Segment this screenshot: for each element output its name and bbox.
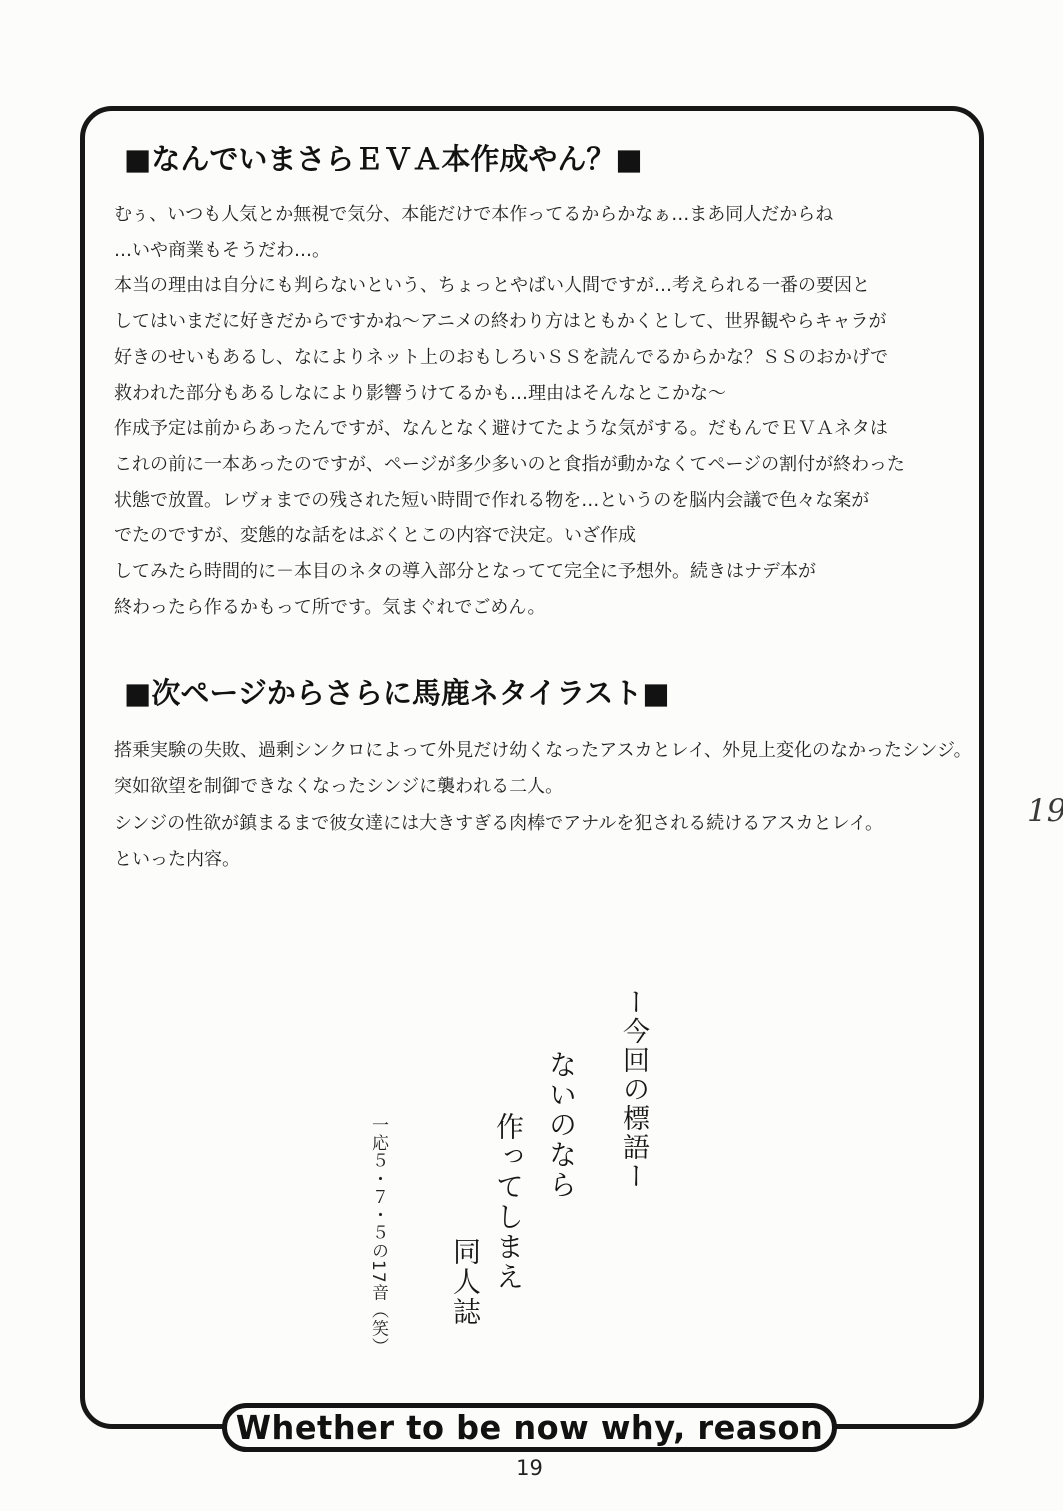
- text-line: 好きのせいもあるし、なによりネット上のおもしろいＳＳを読んでるからかな？ＳＳのお…: [114, 340, 1014, 376]
- text-line: 救われた部分もあるしなにより影響うけてるかも…理由はそんなとこかな～: [114, 376, 1014, 412]
- text-line: でたのですが、変態的な話をはぶくとこの内容で決定。いざ作成: [114, 518, 1014, 554]
- section1-heading: ■なんでいまさらＥＶＡ本作成やん？■: [124, 137, 643, 178]
- slogan-line3-column: 同人誌: [445, 1237, 485, 1327]
- text-line: してみたら時間的に－本目のネタの導入部分となってて完全に予想外。続きはナデ本が: [114, 554, 1014, 590]
- slogan-line1-column: ないのなら: [541, 1050, 581, 1200]
- section1-paragraph: むぅ、いつも人気とか無視で気分、本能だけで本作ってるからかなぁ…まあ同人だからね…: [114, 197, 1014, 625]
- text-line: 搭乗実験の失敗、過剰シンクロによって外見だけ幼くなったアスカとレイ、外見上変化の…: [114, 733, 1014, 769]
- footer-title-banner: Whether to be now why, reason: [222, 1403, 837, 1452]
- footer-banner-label: Whether to be now why, reason: [236, 1408, 824, 1447]
- slogan-line2-column: 作ってしまえ: [488, 1112, 528, 1292]
- scanned-doujin-page: ■なんでいまさらＥＶＡ本作成やん？■ むぅ、いつも人気とか無視で気分、本能だけで…: [0, 0, 1063, 1511]
- text-line: むぅ、いつも人気とか無視で気分、本能だけで本作ってるからかなぁ…まあ同人だからね: [114, 197, 1014, 233]
- text-line: してはいまだに好きだからですかね～アニメの終わり方はともかくとして、世界観やらキ…: [114, 304, 1014, 340]
- page-number: 19: [222, 1456, 837, 1480]
- text-line: シンジの性欲が鎮まるまで彼女達には大きすぎる肉棒でアナルを犯される続けるアスカと…: [114, 806, 1014, 842]
- text-line: 終わったら作るかもって所です。気まぐれでごめん。: [114, 590, 1014, 626]
- text-line: 突如欲望を制御できなくなったシンジに襲われる二人。: [114, 769, 1014, 805]
- text-line: 本当の理由は自分にも判らないという、ちょっとやばい人間ですが…考えられる一番の要…: [114, 268, 1014, 304]
- section2-heading: ■次ページからさらに馬鹿ネタイラスト■: [124, 671, 670, 712]
- slogan-syllable-note-column: 一応５・７・５の17音（笑）: [366, 1116, 391, 1356]
- text-line: …いや商業もそうだわ…。: [114, 233, 1014, 269]
- text-line: これの前に一本あったのですが、ページが多少多いのと食指が動かなくてページの割付が…: [114, 447, 1014, 483]
- slogan-title-column: ー今回の標語ー: [614, 988, 653, 1191]
- section2-paragraph: 搭乗実験の失敗、過剰シンクロによって外見だけ幼くなったアスカとレイ、外見上変化の…: [114, 733, 1014, 878]
- adjacent-page-number: 19: [1027, 793, 1063, 829]
- text-line: 状態で放置。レヴォまでの残された短い時間で作れる物を…というのを脳内会議で色々な…: [114, 483, 1014, 519]
- text-line: 作成予定は前からあったんですが、なんとなく避けてたような気がする。だもんでＥＶＡ…: [114, 411, 1014, 447]
- text-line: といった内容。: [114, 842, 1014, 878]
